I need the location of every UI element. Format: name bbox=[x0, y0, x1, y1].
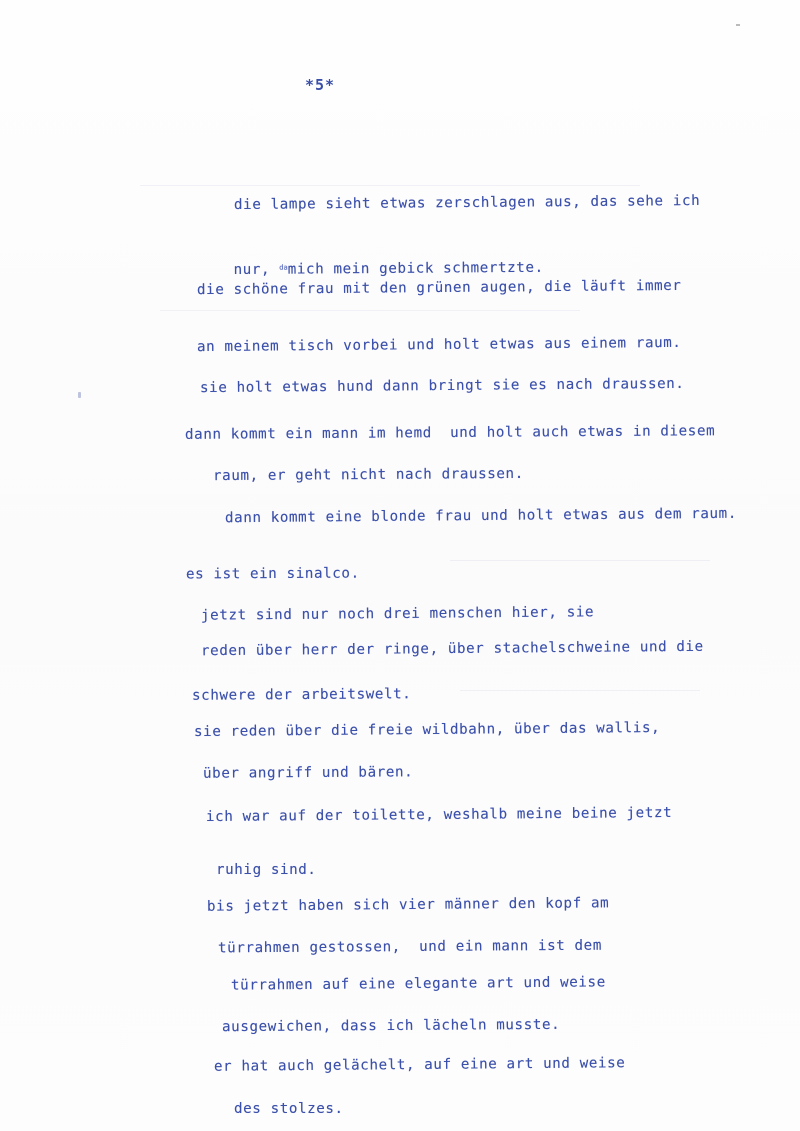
text-line: türrahmen auf eine elegante art und weis… bbox=[231, 974, 606, 993]
bleed-through-mark bbox=[460, 690, 700, 691]
bleed-through-mark bbox=[140, 185, 640, 186]
corner-mark bbox=[736, 24, 740, 26]
text-line: über angriff und bären. bbox=[203, 764, 413, 781]
bleed-through-mark bbox=[450, 560, 710, 561]
text-line: ruhig sind. bbox=[216, 862, 317, 878]
text-line: dann kommt ein mann im hemd und holt auc… bbox=[185, 423, 715, 443]
text-line: raum, er geht nicht nach draussen. bbox=[213, 466, 524, 484]
text-fragment: mich mein gebick schmertzte. bbox=[288, 260, 544, 278]
handwritten-annotation: da bbox=[279, 264, 287, 272]
typewritten-page: *5* die lampe sieht etwas zerschlagen au… bbox=[0, 0, 800, 1131]
text-line: dann kommt eine blonde frau und holt etw… bbox=[225, 506, 737, 526]
margin-mark bbox=[78, 392, 81, 398]
text-line: die schöne frau mit den grünen augen, di… bbox=[197, 278, 682, 298]
text-line: schwere der arbeitswelt. bbox=[192, 686, 412, 704]
text-fragment: nur, bbox=[234, 262, 280, 278]
text-line: ausgewichen, dass ich lächeln musste. bbox=[222, 1017, 560, 1035]
text-line: die lampe sieht etwas zerschlagen aus, d… bbox=[234, 193, 700, 213]
text-line: er hat auch gelächelt, auf eine art und … bbox=[214, 1055, 625, 1075]
text-line: sie holt etwas hund dann bringt sie es n… bbox=[200, 376, 685, 396]
text-line: sie reden über die freie wildbahn, über … bbox=[194, 720, 660, 740]
text-line: bis jetzt haben sich vier männer den kop… bbox=[207, 895, 609, 915]
text-line: es ist ein sinalco. bbox=[186, 566, 360, 583]
page-number: *5* bbox=[305, 76, 335, 94]
bleed-through-mark bbox=[160, 310, 580, 311]
text-line: an meinem tisch vorbei und holt etwas au… bbox=[197, 335, 682, 355]
text-line: ich war auf der toilette, weshalb meine … bbox=[206, 805, 672, 825]
text-line: des stolzes. bbox=[234, 1101, 344, 1117]
text-line: reden über herr der ringe, über stachels… bbox=[201, 639, 704, 659]
text-line: jetzt sind nur noch drei menschen hier, … bbox=[201, 604, 594, 623]
text-line: türrahmen gestossen, und ein mann ist de… bbox=[218, 938, 602, 957]
